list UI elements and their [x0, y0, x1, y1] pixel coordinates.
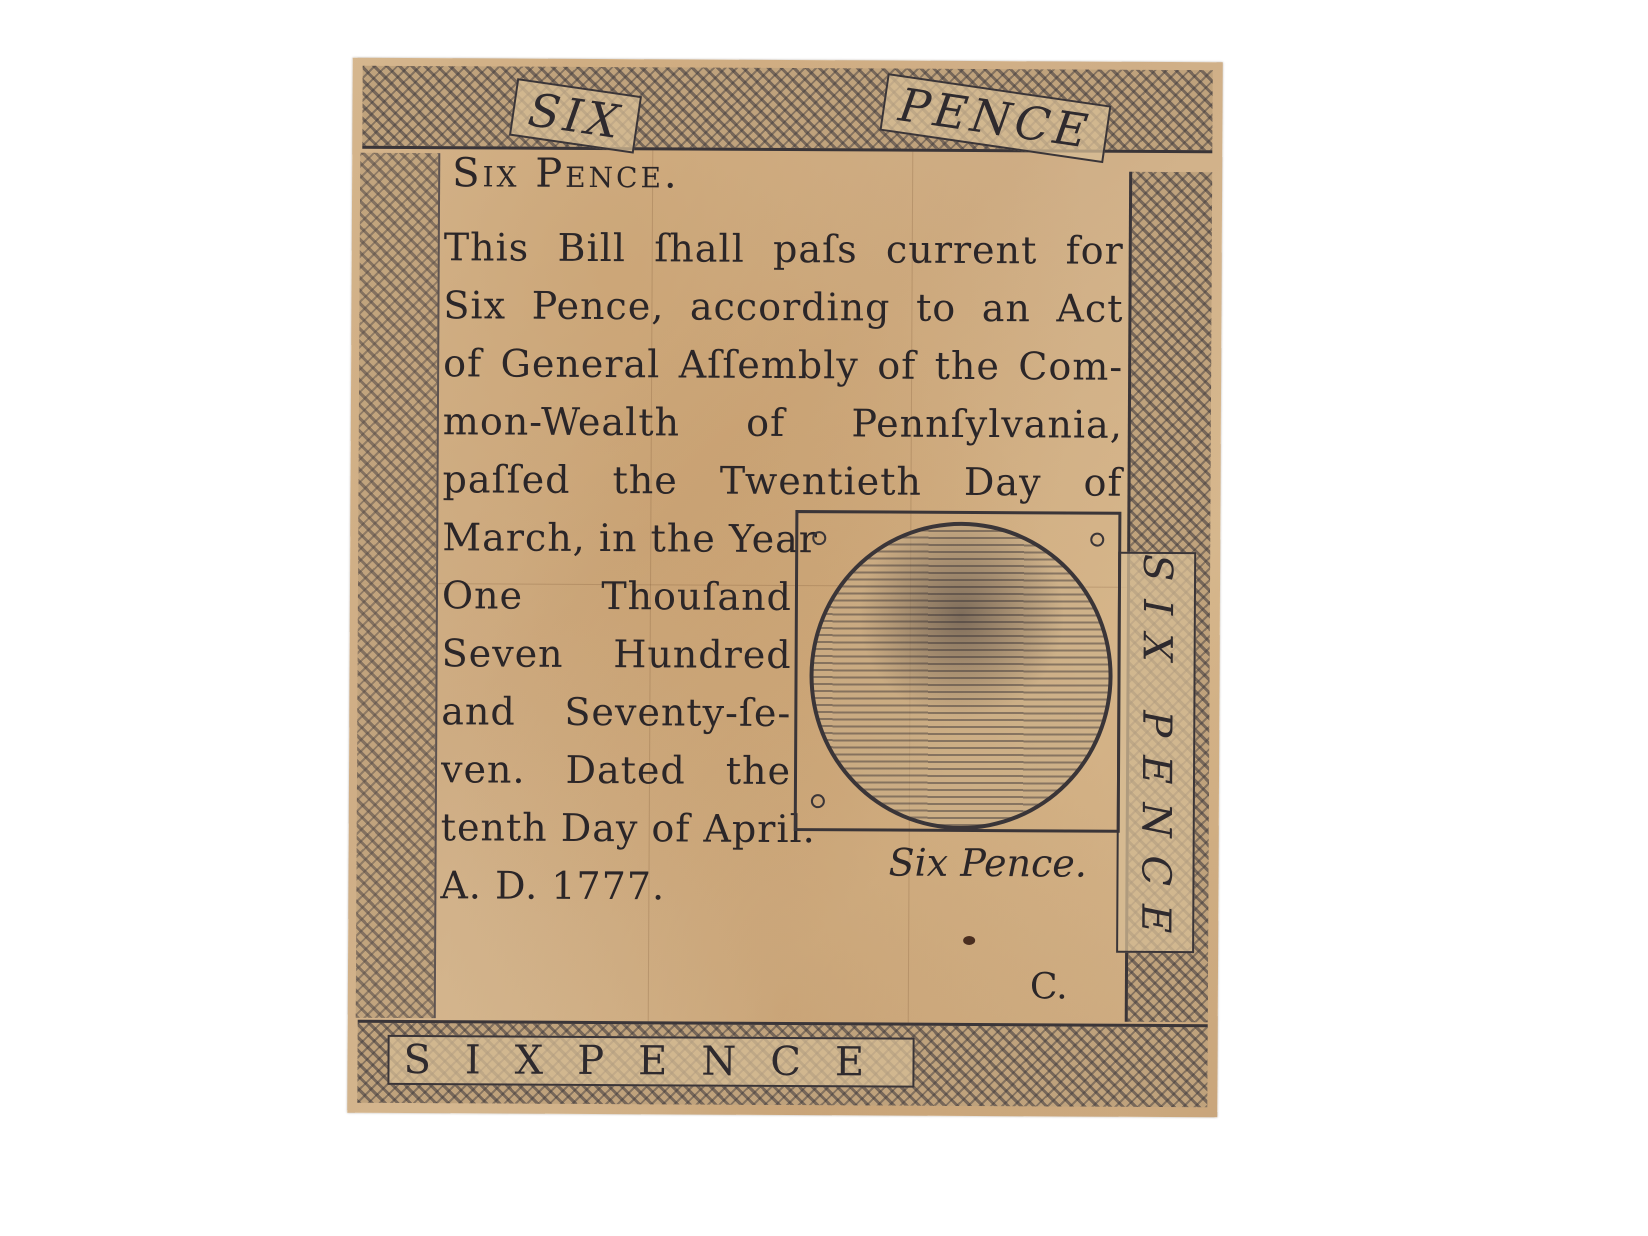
text-line: Seven Hundred [441, 624, 791, 684]
series-letter: C. [1030, 966, 1068, 1007]
banknote: SIX PENCE SIX PENCE SIXPENCE Six Pence. … [347, 58, 1223, 1118]
border-word-six: SIX [509, 78, 642, 154]
text-line: March, in the Year [442, 508, 792, 568]
text-line: Six Pence, according to an Act [443, 276, 1123, 338]
text-line: and Seventy-ſe- [441, 682, 791, 742]
border-word-right: SIX PENCE [1116, 552, 1196, 954]
border-word-bottom: SIXPENCE [387, 1035, 914, 1088]
corner-dot-icon [1090, 533, 1104, 547]
right-ornamental-border: SIX PENCE [1125, 172, 1212, 1022]
left-ornamental-border [356, 153, 441, 1018]
signature-denomination: Six Pence. [888, 841, 1087, 886]
text-line: paſſed the Twentieth Day of [442, 450, 1122, 512]
denomination-heading: Six Pence. [452, 150, 680, 197]
text-line: tenth Day of April. [441, 798, 791, 858]
state-seal-icon [809, 521, 1114, 831]
text-line: of General Aſſembly of the Com- [443, 334, 1123, 396]
text-line: This Bill ſhall paſs current for [444, 218, 1124, 280]
corner-dot-icon [812, 531, 826, 545]
ink-stain [963, 936, 975, 945]
bottom-ornamental-border: SIXPENCE [357, 1020, 1207, 1107]
corner-dot-icon [811, 794, 825, 808]
top-ornamental-border: SIX PENCE [362, 66, 1212, 153]
text-line: One Thouſand [442, 566, 792, 626]
border-word-pence: PENCE [879, 73, 1111, 163]
text-line: mon-Wealth of Pennſylvania, [443, 392, 1123, 454]
seal-frame [794, 510, 1122, 833]
text-line: ven. Dated the [441, 740, 791, 800]
text-line: A. D. 1777. [440, 856, 790, 916]
